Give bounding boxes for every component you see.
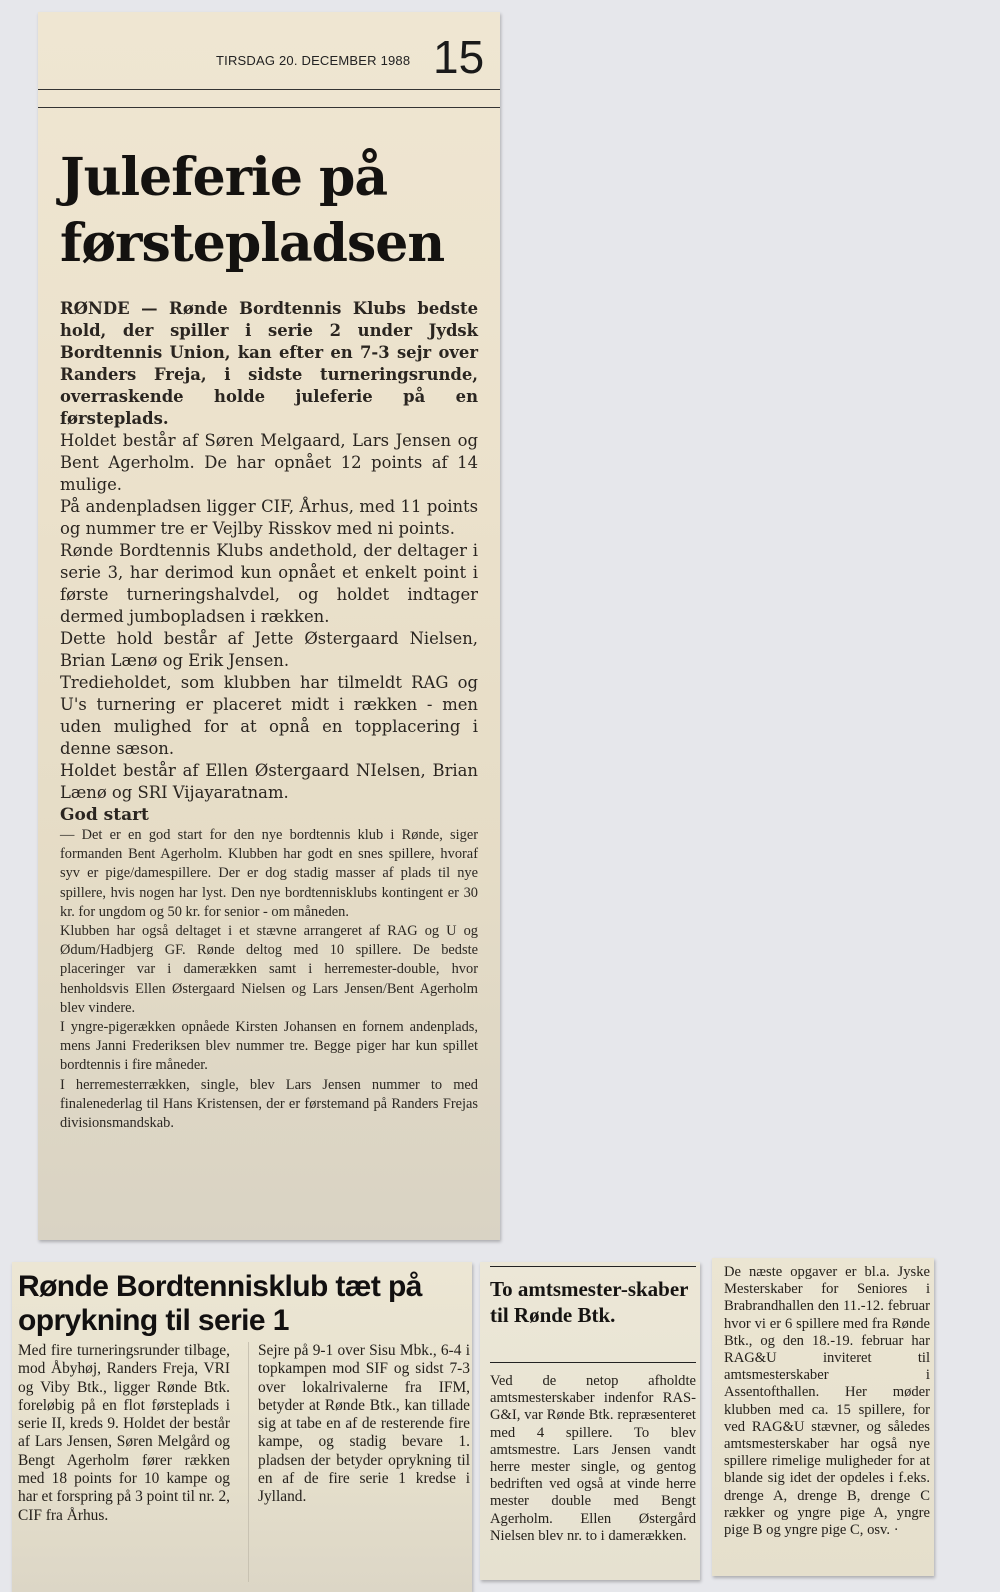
newspaper-clipping-juleferie: TIRSDAG 20. DECEMBER 1988 15 Juleferie p… [38,12,500,1240]
article-body: RØNDE — Rønde Bordtennis Klubs bedste ho… [60,298,478,1133]
article-body: De næste opgaver er bl.a. Jyske Mestersk… [724,1264,930,1539]
newspaper-clipping-amtsmesterskaber: To amtsmester-skaber til Rønde Btk. Ved … [480,1262,700,1580]
column-divider [248,1342,249,1582]
article-column-2: Sejre på 9-1 over Sisu Mbk., 6-4 i topka… [258,1342,470,1507]
headline: To amtsmester-skaber til Rønde Btk. [490,1276,696,1328]
newspaper-clipping-oprykning: Rønde Bordtennisklub tæt på oprykning ti… [12,1262,472,1592]
page-number: 15 [433,34,484,80]
masthead: TIRSDAG 20. DECEMBER 1988 15 [38,12,500,87]
paragraph: Rønde Bordtennis Klubs andethold, der de… [60,540,478,628]
masthead-rule-top [38,89,500,90]
subheading: God start [60,804,478,826]
headline-line-2: førstepladsen [60,213,444,274]
small-paragraph: I yngre-pigerækken opnåede Kirsten Johan… [60,1018,478,1076]
small-paragraph: Klubben har også deltaget i et stævne ar… [60,922,478,1018]
masthead-rule-bottom [38,107,500,108]
paragraph: Holdet består af Søren Melgaard, Lars Je… [60,430,478,496]
headline-rule-bottom [490,1362,696,1363]
article-body: Ved de netop afholdte amtsmesterskaber i… [490,1373,696,1545]
headline: Juleferie på førstepladsen [60,145,500,277]
paragraph: Dette hold består af Jette Østergaard Ni… [60,628,478,672]
small-paragraph: I herremesterrækken, single, blev Lars J… [60,1076,478,1134]
article-column-1: Med fire turneringsrunder tilbage, mod Å… [18,1342,230,1525]
paragraph: På andenpladsen ligger CIF, Århus, med 1… [60,496,478,540]
paragraph: Holdet består af Ellen Østergaard NIelse… [60,760,478,804]
headline-line-1: Juleferie på [60,147,387,208]
headline: Rønde Bordtennisklub tæt på oprykning ti… [18,1270,468,1338]
newspaper-clipping-naeste-opgaver: De næste opgaver er bl.a. Jyske Mestersk… [712,1258,934,1576]
small-paragraph: — Det er en god start for den nye bordte… [60,826,478,922]
issue-date: TIRSDAG 20. DECEMBER 1988 [216,53,410,68]
paragraph: Tredieholdet, som klubben har tilmeldt R… [60,672,478,760]
lead-paragraph: RØNDE — Rønde Bordtennis Klubs bedste ho… [60,298,478,430]
headline-rule-top [490,1266,696,1267]
